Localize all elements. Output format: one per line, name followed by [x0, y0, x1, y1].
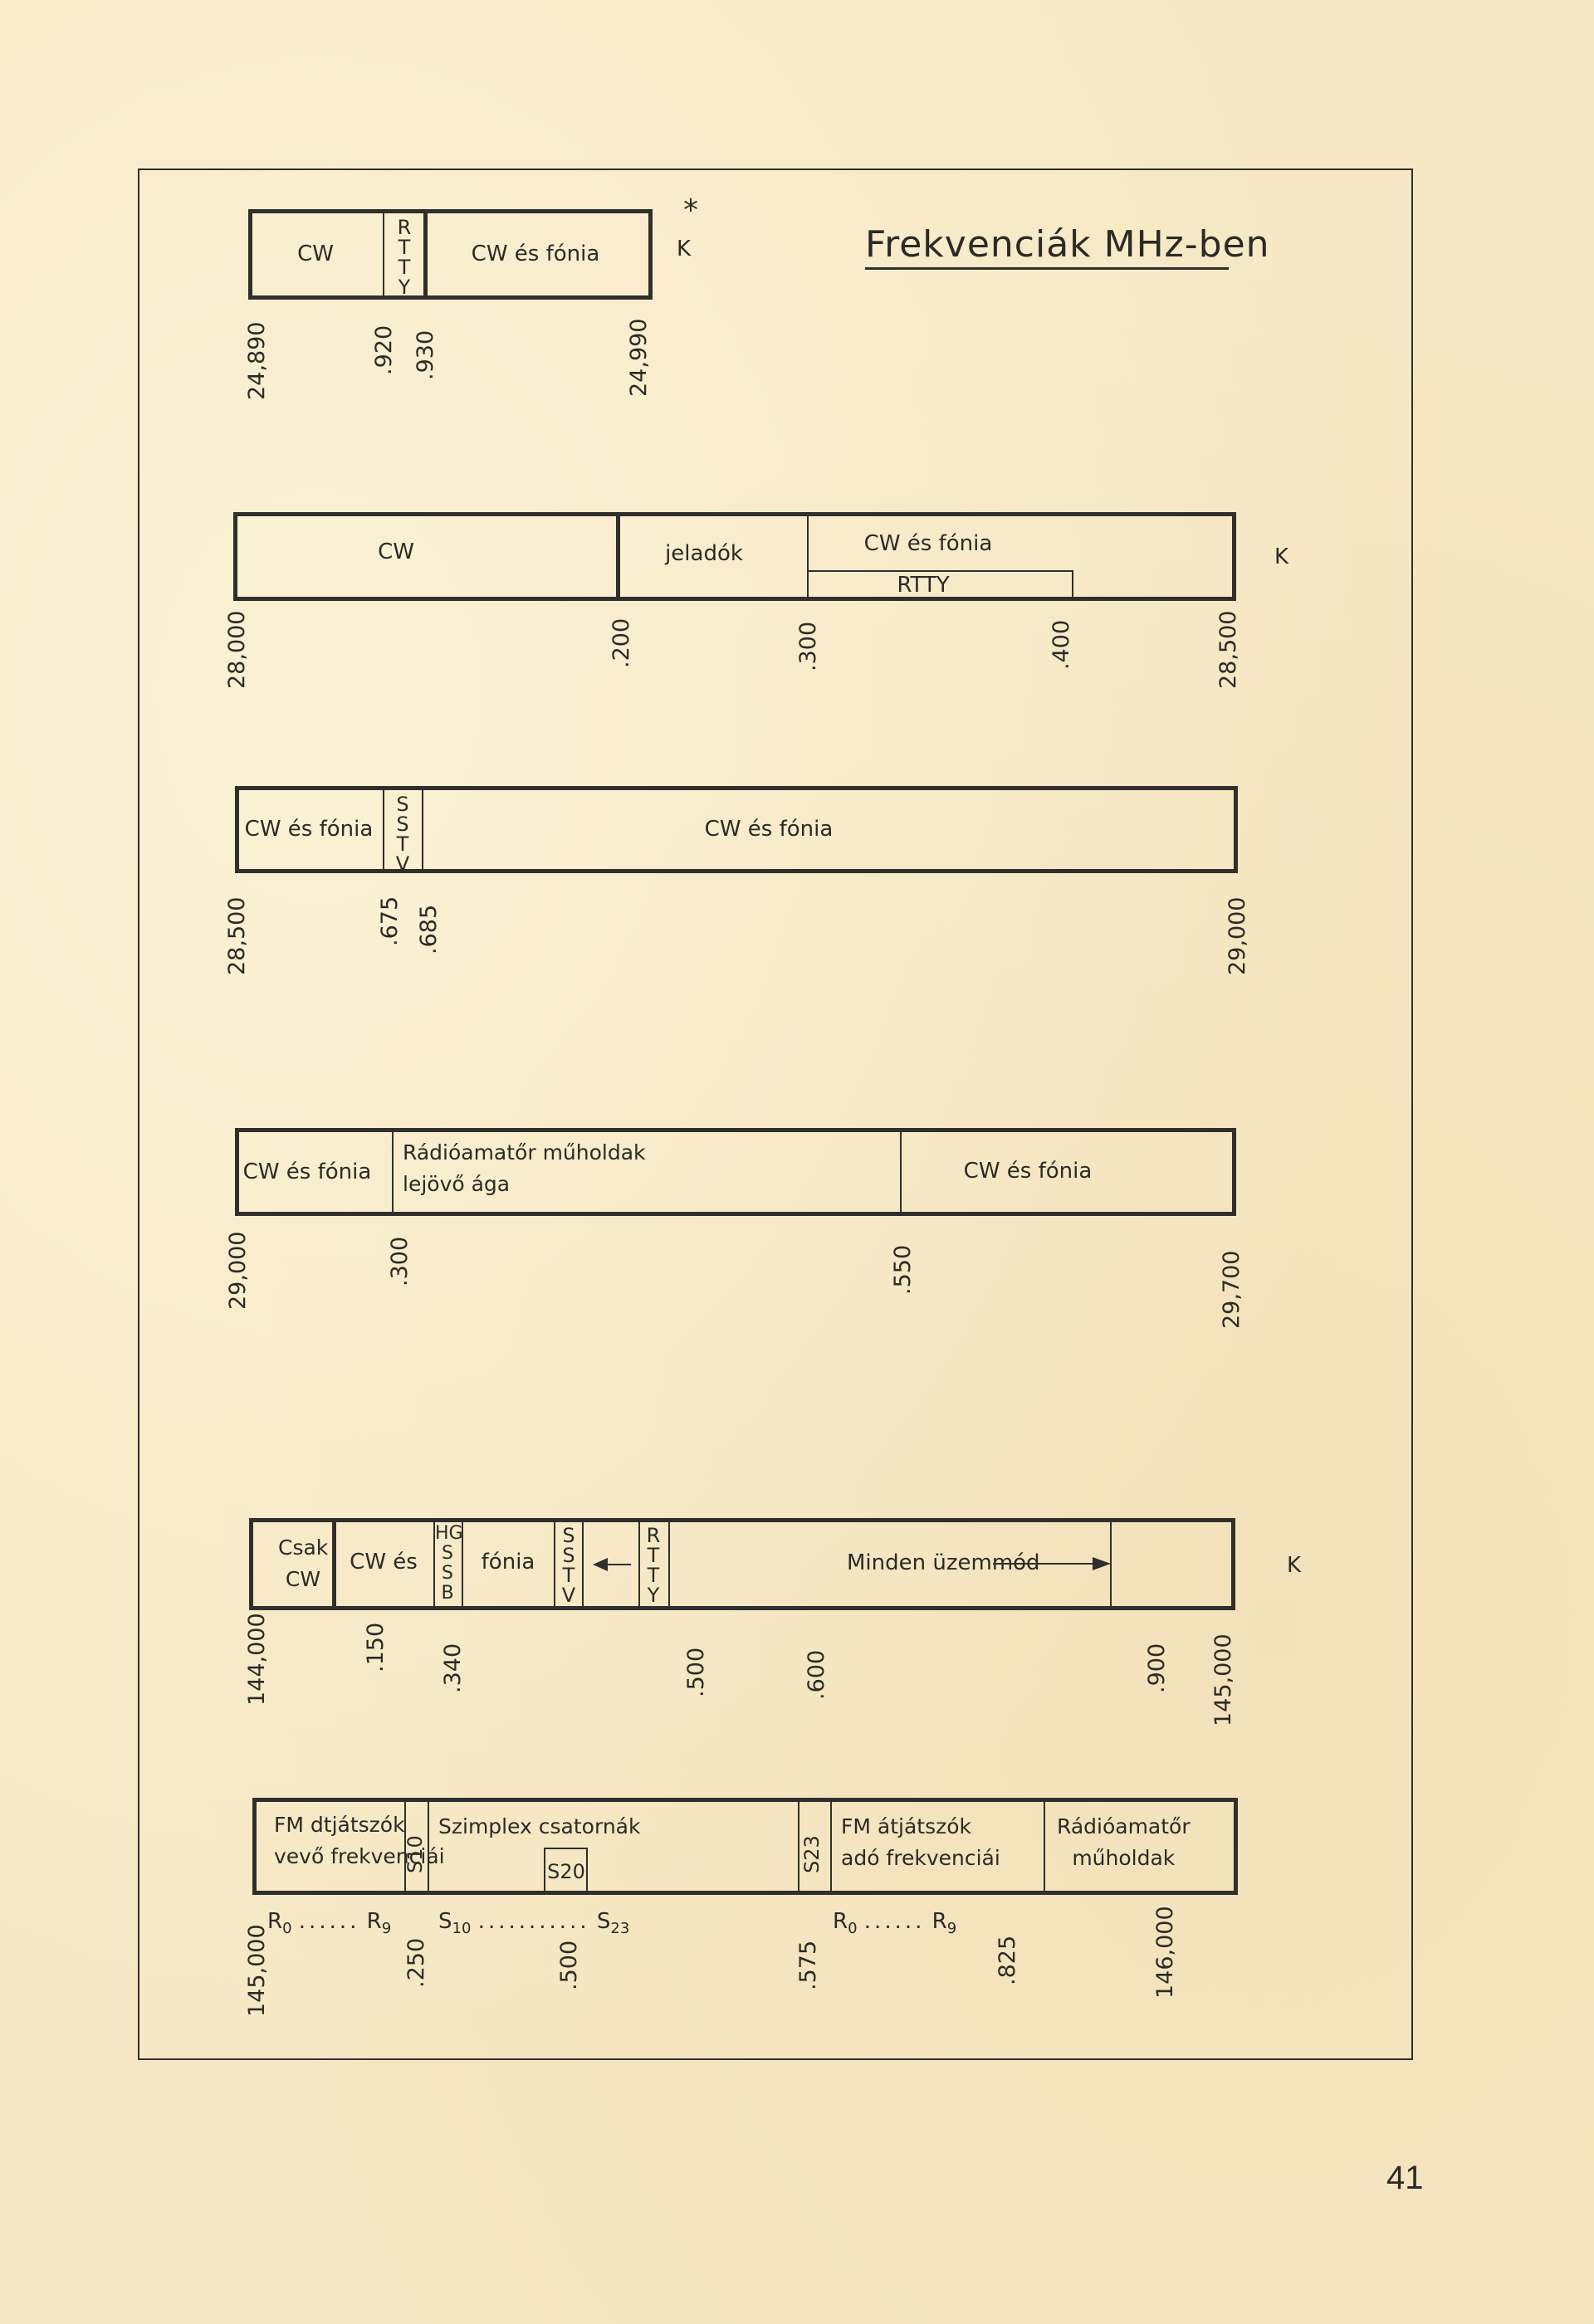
channel-range-rx: R0 ...... R9 [267, 1909, 391, 1937]
divider [830, 1799, 832, 1893]
divider [423, 211, 428, 298]
end-marker-k: K [677, 238, 691, 260]
tick-label: .200 [610, 618, 633, 668]
tick-label: 28,000 [226, 611, 248, 689]
tick-label: .150 [364, 1623, 387, 1672]
arrow-left-icon [594, 1564, 631, 1565]
page-title: Frekvenciák MHz-ben [865, 227, 1270, 263]
divider [554, 1520, 555, 1609]
rtty-subbox-right [1072, 570, 1073, 599]
tick-label: .550 [892, 1245, 914, 1295]
segment-cw-fonia: CW és fónia [705, 818, 834, 840]
tick-label: .340 [442, 1643, 464, 1693]
tick-label: 146,000 [1154, 1906, 1176, 1999]
rtty-subbox-top [808, 570, 1073, 572]
segment-sstv-vertical: SSTV [390, 794, 415, 874]
divider [798, 1799, 799, 1893]
title-underline [865, 267, 1229, 270]
end-marker-k: K [1274, 546, 1288, 568]
tick-label: .500 [685, 1648, 707, 1697]
tick-label: .600 [805, 1650, 828, 1700]
page-frame [138, 168, 1413, 2060]
tick-label: .685 [418, 905, 440, 954]
page-number: 41 [1386, 2161, 1424, 2195]
tick-label: .675 [379, 896, 401, 946]
divider [383, 211, 384, 298]
segment-cw: CW [378, 541, 414, 563]
segment-s23: S23 [802, 1835, 822, 1873]
tick-label: 145,000 [1212, 1633, 1235, 1726]
segment-satellites: Rádióamatőr műholdak [1057, 1811, 1191, 1874]
channel-range-simplex: S10 ........... S23 [438, 1909, 629, 1937]
segment-csak-cw: Csak CW [278, 1532, 328, 1595]
segment-rtty-vertical: RTTY [392, 217, 417, 297]
segment-satellite-downlink: Rádióamatőr műholdak lejövő ága [403, 1137, 646, 1200]
segment-fonia: fónia [482, 1551, 535, 1573]
tick-label: 29,000 [1226, 897, 1249, 975]
divider [392, 1130, 394, 1214]
tick-label: .250 [405, 1938, 428, 1988]
divider [616, 514, 620, 599]
divider [383, 788, 384, 871]
divider [422, 788, 423, 871]
tick-label: .930 [414, 330, 437, 380]
tick-label: 29,700 [1220, 1251, 1243, 1329]
tick-label: .920 [373, 325, 395, 375]
segment-cw-fonia: CW és fónia [472, 243, 600, 265]
tick-label: 24,990 [628, 319, 650, 397]
segment-cw-fonia: CW és fónia [245, 818, 374, 840]
channel-range-tx: R0 ...... R9 [833, 1909, 956, 1937]
segment-sstv-vertical: SSTV [556, 1526, 581, 1605]
tick-label: .300 [389, 1237, 411, 1286]
tick-label: .500 [558, 1941, 580, 1990]
tick-label: 145,000 [246, 1924, 268, 2017]
tick-label: .900 [1146, 1643, 1168, 1693]
segment-cw: CW [297, 243, 334, 265]
divider [332, 1520, 336, 1609]
divider [638, 1520, 640, 1609]
divider [582, 1520, 584, 1609]
tick-label: 24,890 [246, 322, 268, 400]
tick-label: 28,500 [1217, 611, 1240, 689]
tick-label: .400 [1050, 620, 1073, 670]
segment-hg-ssb-vertical: HGSSB [435, 1524, 460, 1604]
tick-label: .300 [797, 622, 819, 671]
segment-cw-es: CW és [350, 1551, 418, 1573]
arrow-right-icon [993, 1563, 1109, 1565]
end-marker-k: K [1287, 1555, 1301, 1576]
tick-label: 144,000 [246, 1613, 268, 1706]
segment-s10: S10 [405, 1835, 425, 1873]
tick-label: .575 [797, 1941, 819, 1990]
tick-label: 29,000 [227, 1232, 249, 1310]
divider [668, 1520, 670, 1609]
segment-cw-fonia: CW és fónia [964, 1160, 1093, 1182]
s20-label: S20 [547, 1862, 585, 1882]
segment-rtty: RTTY [897, 574, 949, 596]
segment-cw-fonia: CW és fónia [864, 533, 993, 554]
divider [1044, 1799, 1045, 1893]
divider [900, 1130, 902, 1214]
segment-cw-fonia: CW és fónia [243, 1161, 372, 1183]
footnote-asterisk: * [683, 196, 698, 226]
tick-label: .825 [996, 1936, 1019, 1985]
divider [807, 514, 809, 599]
segment-fm-repeater-tx: FM átjátszók adó frekvenciái [841, 1811, 1000, 1874]
segment-szimplex: Szimplex csatornák [438, 1811, 640, 1843]
segment-rtty-vertical: RTTY [641, 1526, 666, 1605]
tick-label: 28,500 [226, 897, 248, 975]
segment-jeladok: jeladók [665, 543, 743, 564]
